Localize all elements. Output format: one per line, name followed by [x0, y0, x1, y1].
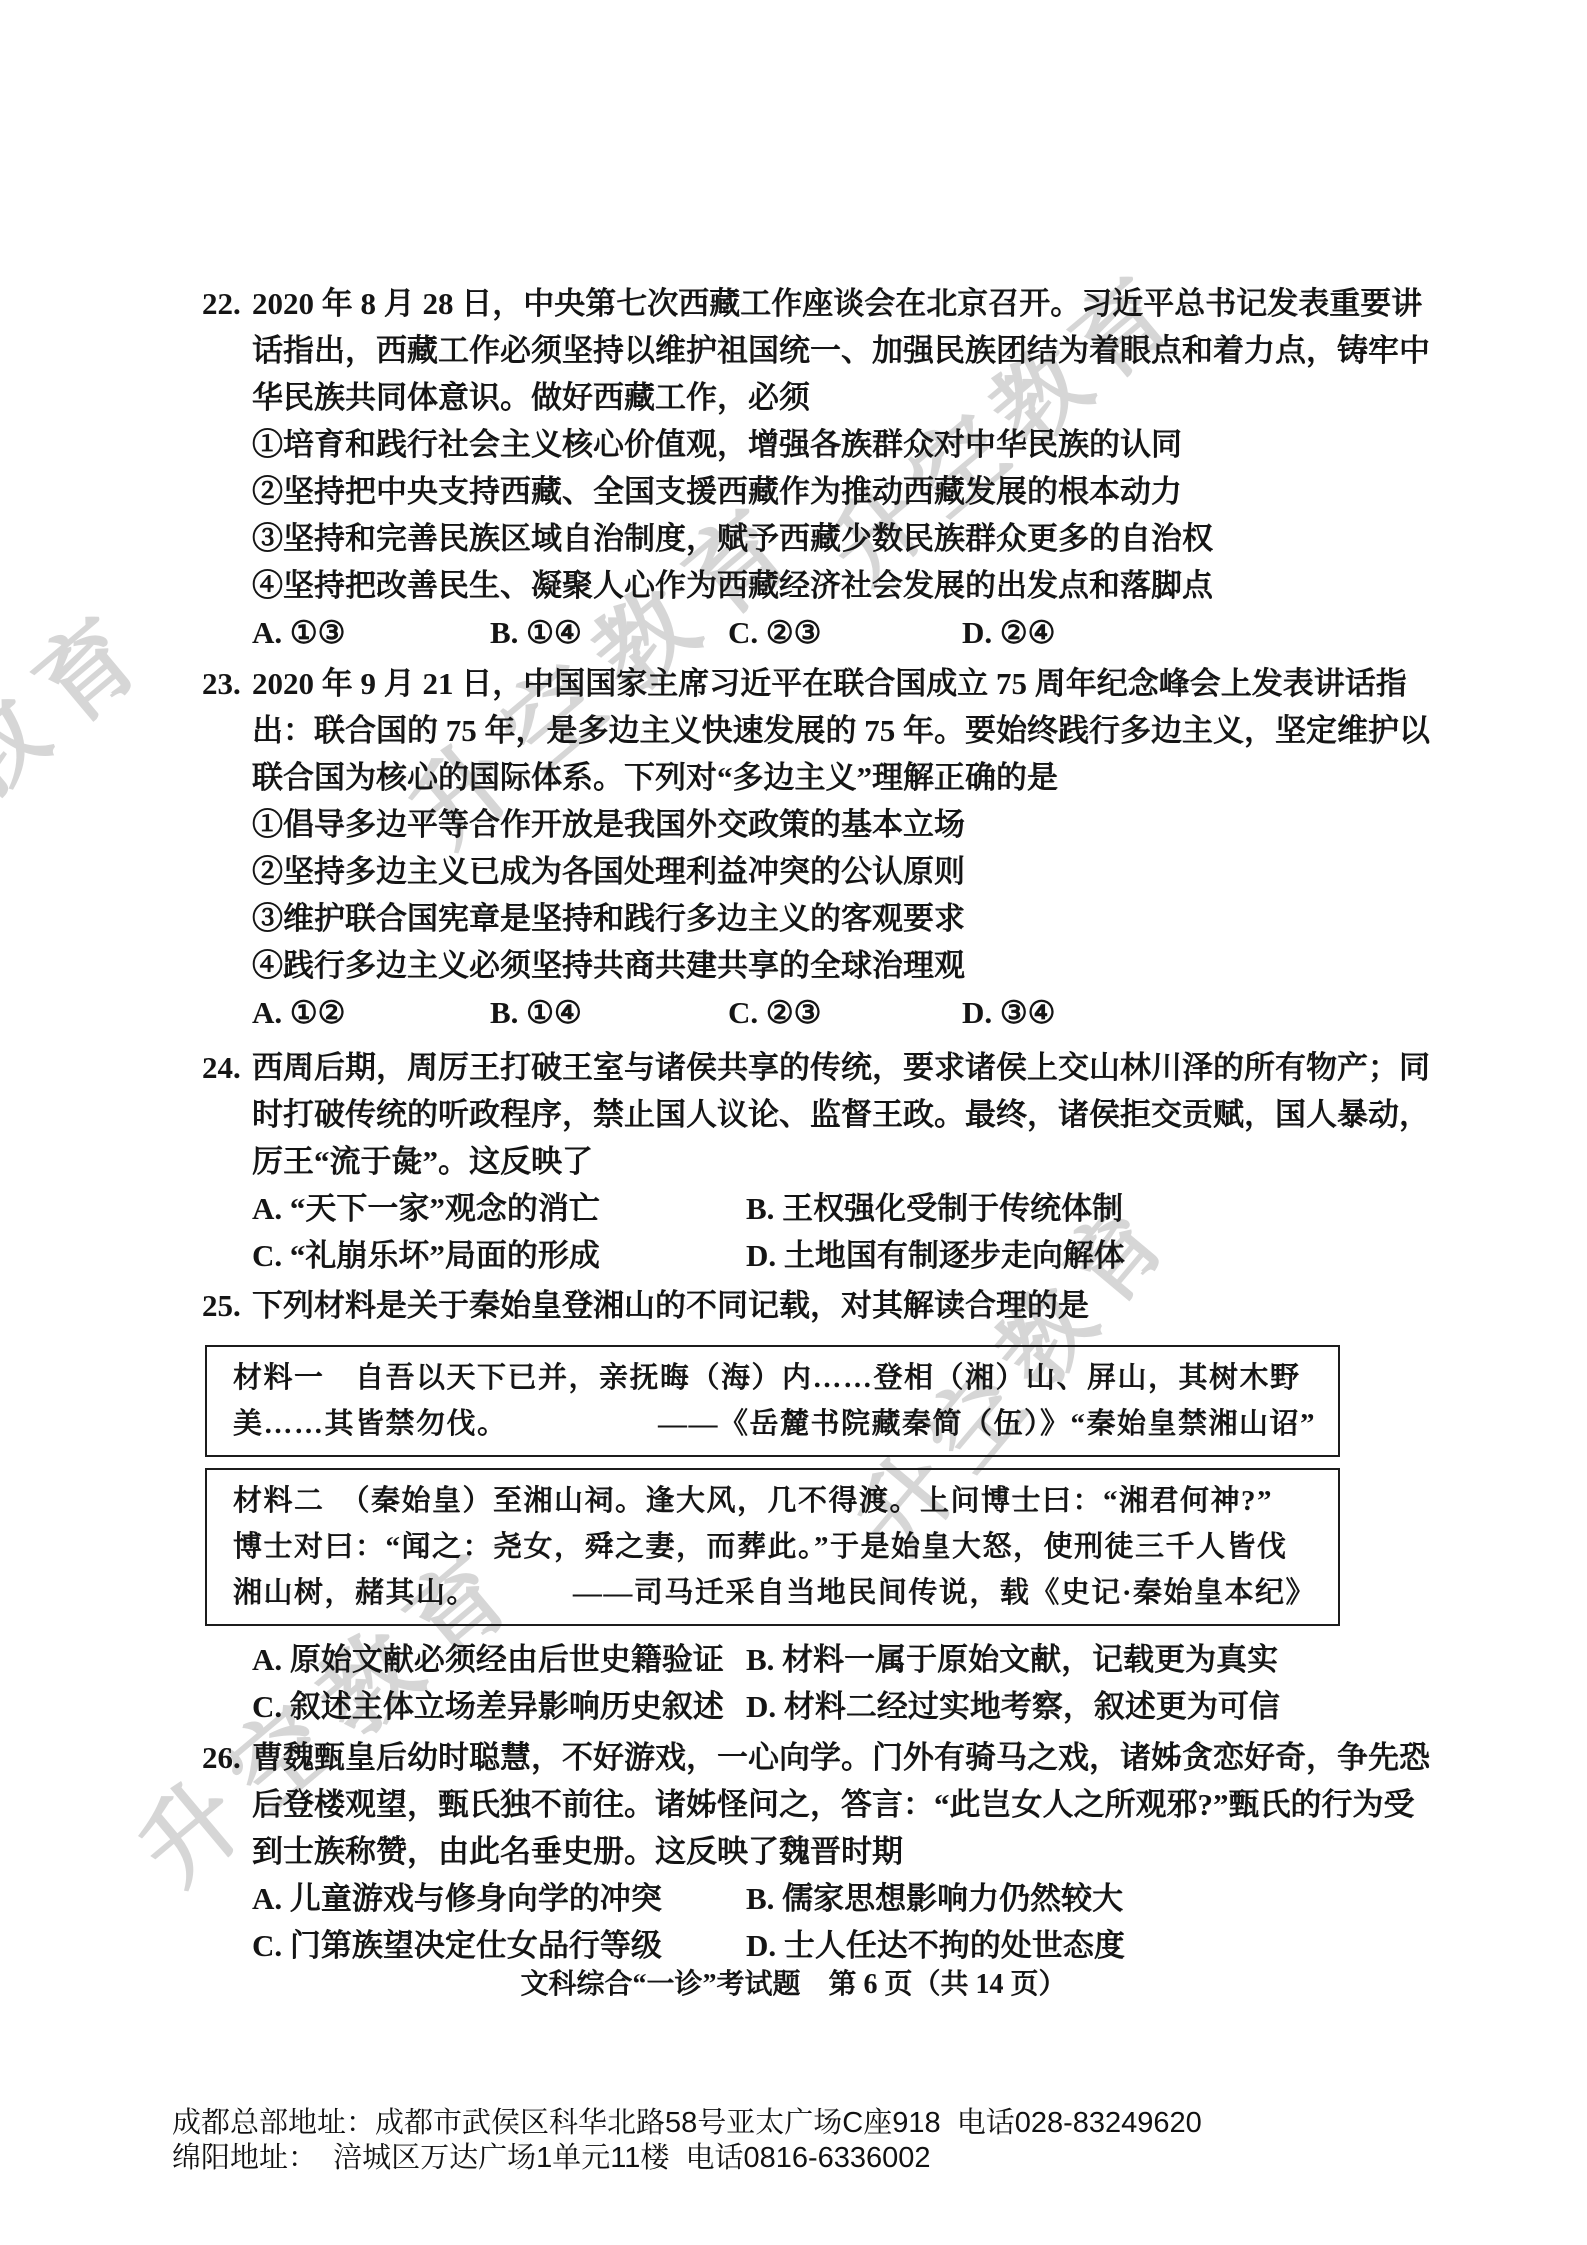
question-25-option-c: C. 叙述主体立场差异影响历史叙述 — [252, 1683, 724, 1730]
question-26-number: 26. — [202, 1734, 241, 1781]
address-line-chengdu: 成都总部地址：成都市武侯区科华北路58号亚太广场C座918 电话028-8324… — [172, 2106, 1202, 2141]
question-23-option-c: C. ②③ — [728, 989, 821, 1036]
question-22-option-b: B. ①④ — [490, 609, 582, 656]
address-line-mianyang: 绵阳地址： 涪城区万达广场1单元11楼 电话0816-6336002 — [172, 2141, 1202, 2176]
question-22-stem-line: 话指出，西藏工作必须坚持以维护祖国统一、加强民族团结为着眼点和着力点，铸牢中 — [252, 327, 1387, 374]
question-23-item-3: ③维护联合国宪章是坚持和践行多边主义的客观要求 — [252, 895, 1387, 942]
question-24-number: 24. — [202, 1044, 241, 1091]
question-23-item-1: ①倡导多边平等合作开放是我国外交政策的基本立场 — [252, 801, 1387, 848]
question-26-stem-line: 到士族称赞，由此名垂史册。这反映了魏晋时期 — [252, 1828, 1387, 1875]
question-23-stem-line: 2020 年 9 月 21 日，中国国家主席习近平在联合国成立 75 周年纪念峰… — [252, 660, 1387, 707]
question-23-stem-line: 出：联合国的 75 年，是多边主义快速发展的 75 年。要始终践行多边主义，坚定… — [252, 707, 1387, 754]
material-2-text: 湘山树，赭其山。 — [233, 1570, 477, 1616]
question-22-stem-line: 华民族共同体意识。做好西藏工作，必须 — [252, 374, 1387, 421]
question-24-options-row: A. “天下一家”观念的消亡 B. 王权强化受制于传统体制 — [252, 1185, 1387, 1232]
question-24-stem-line: 厉王“流于彘”。这反映了 — [252, 1138, 1387, 1185]
question-23: 23. 2020 年 9 月 21 日，中国国家主席习近平在联合国成立 75 周… — [202, 660, 1387, 1036]
question-23-number: 23. — [202, 660, 241, 707]
question-26-options-row: A. 儿童游戏与修身向学的冲突 B. 儒家思想影响力仍然较大 — [252, 1875, 1387, 1922]
question-24: 24. 西周后期，周厉王打破王室与诸侯共享的传统，要求诸侯上交山林川泽的所有物产… — [202, 1044, 1387, 1279]
question-25-options-row: C. 叙述主体立场差异影响历史叙述 D. 材料二经过实地考察，叙述更为可信 — [252, 1683, 1387, 1730]
question-23-option-a: A. ①② — [252, 989, 345, 1036]
question-22-item-1: ①培育和践行社会主义核心价值观，增强各族群众对中华民族的认同 — [252, 421, 1387, 468]
question-22-option-c: C. ②③ — [728, 609, 821, 656]
page-footer: 文科综合“一诊”考试题 第 6 页（共 14 页） — [0, 1962, 1587, 2002]
question-25-option-a: A. 原始文献必须经由后世史籍验证 — [252, 1636, 724, 1683]
question-25-option-d: D. 材料二经过实地考察，叙述更为可信 — [746, 1683, 1280, 1730]
material-1-box: 材料一 自吾以天下已并，亲抚晦（海）内……登相（湘）山、屏山，其树木野 美……其… — [205, 1345, 1340, 1457]
question-24-stem-line: 时打破传统的听政程序，禁止国人议论、监督王政。最终，诸侯拒交贡赋，国人暴动， — [252, 1091, 1387, 1138]
question-24-option-d: D. 土地国有制逐步走向解体 — [746, 1232, 1125, 1279]
material-2-line: 博士对曰：“闻之：尧女，舜之妻，而葬此。”于是始皇大怒，使刑徒三千人皆伐 — [233, 1524, 1316, 1570]
question-22-item-3: ③坚持和完善民族区域自治制度，赋予西藏少数民族群众更多的自治权 — [252, 515, 1387, 562]
question-26-option-b: B. 儒家思想影响力仍然较大 — [746, 1875, 1123, 1922]
question-23-options-row: A. ①② B. ①④ C. ②③ D. ③④ — [252, 989, 1387, 1036]
question-25-options-row: A. 原始文献必须经由后世史籍验证 B. 材料一属于原始文献，记载更为真实 — [252, 1636, 1387, 1683]
question-22-item-4: ④坚持把改善民生、凝聚人心作为西藏经济社会发展的出发点和落脚点 — [252, 562, 1387, 609]
question-24-option-a: A. “天下一家”观念的消亡 — [252, 1185, 600, 1232]
question-24-option-c: C. “礼崩乐坏”局面的形成 — [252, 1232, 600, 1279]
material-1-line: 材料一 自吾以天下已并，亲抚晦（海）内……登相（湘）山、屏山，其树木野 — [233, 1355, 1316, 1401]
question-25: 25. 下列材料是关于秦始皇登湘山的不同记载，对其解读合理的是 材料一 自吾以天… — [202, 1282, 1387, 1730]
watermark: 升空教育 — [0, 567, 182, 980]
material-1-text: 美……其皆禁勿伐。 — [233, 1401, 508, 1447]
exam-page: 升空教育 升空教育 升空教育 升空教育 升空教育 22. 2020 年 8 月 … — [0, 0, 1587, 2245]
question-23-option-d: D. ③④ — [962, 989, 1055, 1036]
question-26: 26. 曹魏甄皇后幼时聪慧，不好游戏，一心向学。门外有骑马之戏，诸姊贪恋好奇，争… — [202, 1734, 1387, 1969]
question-24-options-row: C. “礼崩乐坏”局面的形成 D. 土地国有制逐步走向解体 — [252, 1232, 1387, 1279]
question-22-item-2: ②坚持把中央支持西藏、全国支援西藏作为推动西藏发展的根本动力 — [252, 468, 1387, 515]
question-25-stem: 下列材料是关于秦始皇登湘山的不同记载，对其解读合理的是 — [252, 1282, 1387, 1329]
question-25-number: 25. — [202, 1282, 241, 1329]
question-23-stem-line: 联合国为核心的国际体系。下列对“多边主义”理解正确的是 — [252, 754, 1387, 801]
question-26-option-a: A. 儿童游戏与修身向学的冲突 — [252, 1875, 662, 1922]
question-23-option-b: B. ①④ — [490, 989, 582, 1036]
question-22-stem-line: 2020 年 8 月 28 日，中央第七次西藏工作座谈会在北京召开。习近平总书记… — [252, 280, 1387, 327]
material-1-line: 美……其皆禁勿伐。 ——《岳麓书院藏秦简（伍）》“秦始皇禁湘山诏” — [233, 1401, 1316, 1447]
question-26-stem-line: 曹魏甄皇后幼时聪慧，不好游戏，一心向学。门外有骑马之戏，诸姊贪恋好奇，争先恐 — [252, 1734, 1387, 1781]
question-24-option-b: B. 王权强化受制于传统体制 — [746, 1185, 1123, 1232]
question-22: 22. 2020 年 8 月 28 日，中央第七次西藏工作座谈会在北京召开。习近… — [202, 280, 1387, 656]
material-2-line: 湘山树，赭其山。 ——司马迁采自当地民间传说，载《史记·秦始皇本纪》 — [233, 1570, 1316, 1616]
material-2-source: ——司马迁采自当地民间传说，载《史记·秦始皇本纪》 — [573, 1570, 1316, 1616]
material-1-source: ——《岳麓书院藏秦简（伍）》“秦始皇禁湘山诏” — [658, 1401, 1316, 1447]
question-23-item-4: ④践行多边主义必须坚持共商共建共享的全球治理观 — [252, 942, 1387, 989]
question-22-options-row: A. ①③ B. ①④ C. ②③ D. ②④ — [252, 609, 1387, 656]
address-block: 成都总部地址：成都市武侯区科华北路58号亚太广场C座918 电话028-8324… — [172, 2106, 1202, 2176]
material-2-box: 材料二 （秦始皇）至湘山祠。逢大风，几不得渡。上问博士曰：“湘君何神?” 博士对… — [205, 1468, 1340, 1626]
question-22-number: 22. — [202, 280, 241, 327]
question-25-option-b: B. 材料一属于原始文献，记载更为真实 — [746, 1636, 1278, 1683]
question-26-stem-line: 后登楼观望，甄氏独不前往。诸姊怪问之，答言：“此岂女人之所观邪?”甄氏的行为受 — [252, 1781, 1387, 1828]
material-2-line: 材料二 （秦始皇）至湘山祠。逢大风，几不得渡。上问博士曰：“湘君何神?” — [233, 1478, 1316, 1524]
question-23-item-2: ②坚持多边主义已成为各国处理利益冲突的公认原则 — [252, 848, 1387, 895]
question-24-stem-line: 西周后期，周厉王打破王室与诸侯共享的传统，要求诸侯上交山林川泽的所有物产；同 — [252, 1044, 1387, 1091]
question-22-option-a: A. ①③ — [252, 609, 345, 656]
question-22-option-d: D. ②④ — [962, 609, 1055, 656]
